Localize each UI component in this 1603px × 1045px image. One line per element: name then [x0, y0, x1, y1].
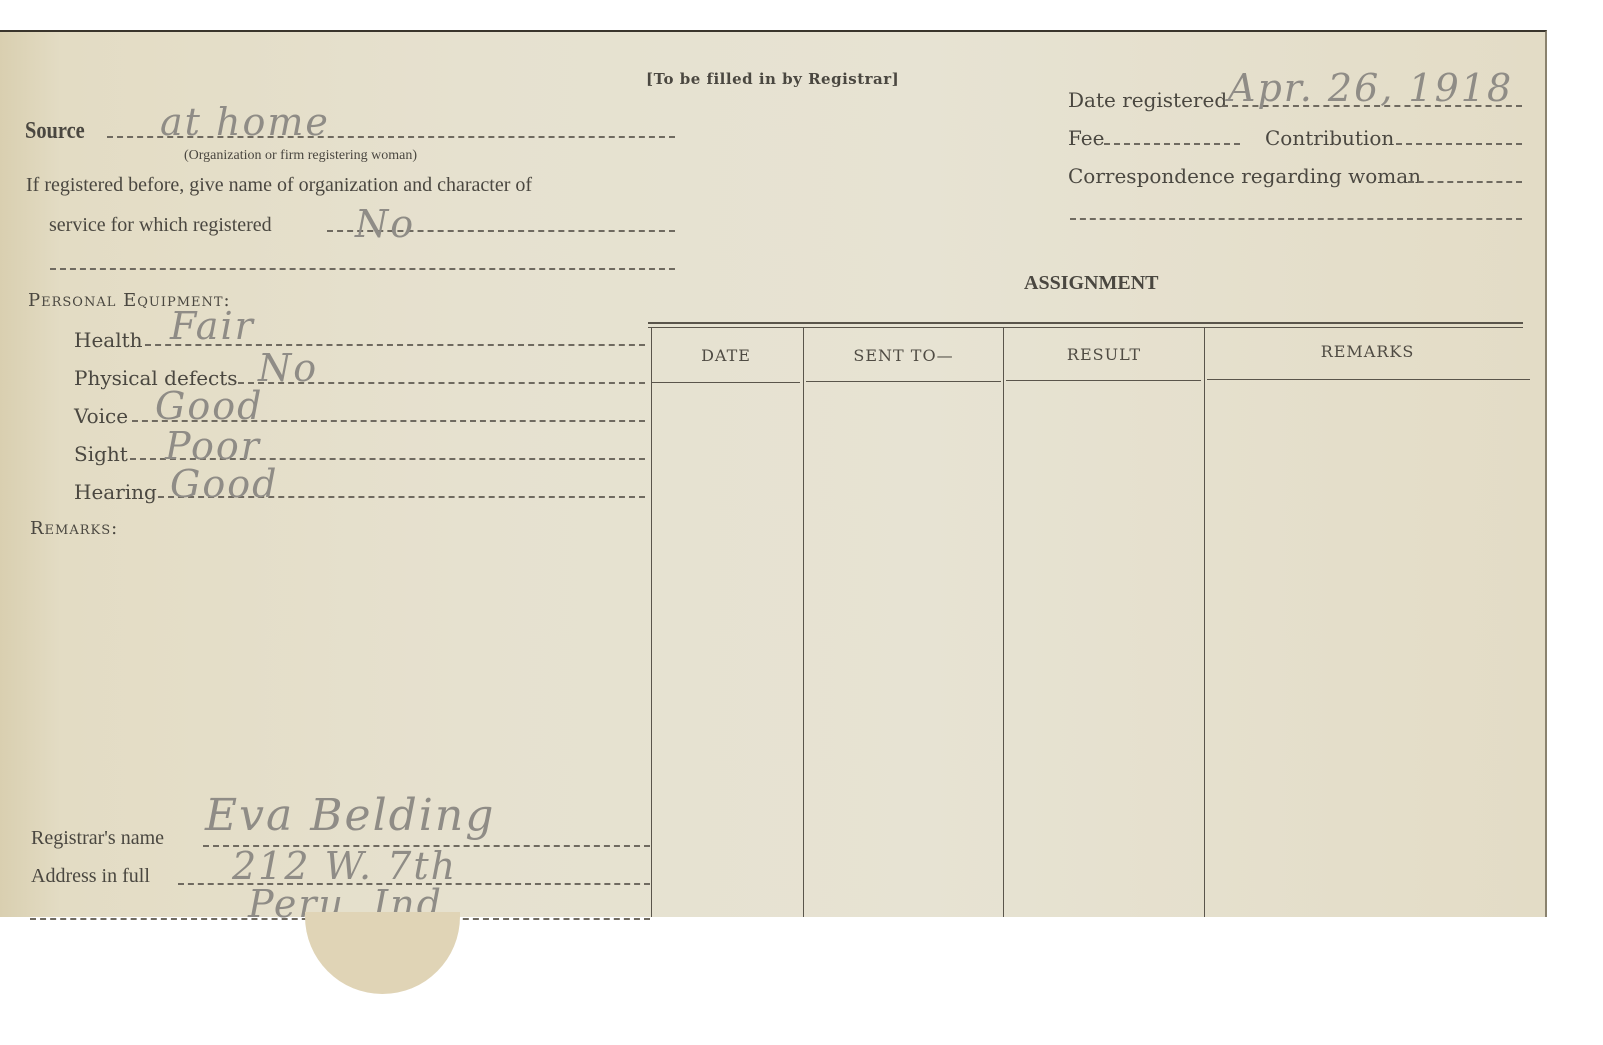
date-registered-label: Date registered	[1068, 88, 1227, 112]
correspondence-line	[1408, 181, 1522, 183]
table-header-rule	[1207, 379, 1530, 380]
table-col-divider	[651, 328, 652, 917]
column-header-result: RESULT	[1004, 345, 1204, 364]
table-col-divider	[1003, 328, 1004, 917]
source-label: Source	[25, 118, 85, 145]
date-registered-value[interactable]: Apr. 26, 1918	[1228, 66, 1513, 110]
remarks-label: Remarks:	[30, 518, 118, 539]
voice-value[interactable]: Good	[155, 384, 263, 428]
service-line-2	[50, 268, 675, 270]
physical-defects-value[interactable]: No	[258, 346, 318, 390]
contribution-line	[1396, 143, 1522, 145]
column-header-sent-to: SENT TO—	[804, 346, 1003, 365]
service-value[interactable]: No	[355, 202, 415, 246]
registration-card: [To be filled in by Registrar] Source at…	[0, 30, 1547, 917]
column-header-remarks: REMARKS	[1205, 342, 1530, 361]
source-caption: (Organization or firm registering woman)	[184, 148, 417, 164]
correspondence-label: Correspondence regarding woman	[1068, 164, 1421, 188]
table-header-rule	[806, 381, 1001, 382]
source-value[interactable]: at home	[160, 100, 330, 144]
registrar-name-value[interactable]: Eva Belding	[205, 790, 495, 841]
card-index-tab	[305, 912, 460, 994]
fee-line	[1104, 143, 1240, 145]
hearing-value[interactable]: Good	[170, 462, 278, 506]
assignment-top-rule-2	[648, 327, 1523, 328]
table-header-rule	[652, 382, 800, 383]
health-value[interactable]: Fair	[170, 304, 255, 348]
column-header-date: DATE	[652, 346, 800, 365]
assignment-top-rule	[648, 322, 1523, 324]
health-label: Health	[74, 328, 143, 352]
address-label: Address in full	[31, 865, 150, 888]
table-col-divider	[803, 328, 804, 917]
fee-label: Fee	[1068, 126, 1104, 150]
table-header-rule	[1006, 380, 1201, 381]
header-note: [To be filled in by Registrar]	[646, 70, 899, 88]
hearing-label: Hearing	[74, 480, 157, 504]
registered-before-label: If registered before, give name of organ…	[26, 174, 532, 197]
sight-label: Sight	[74, 442, 128, 466]
registrar-name-label: Registrar's name	[31, 827, 164, 850]
voice-label: Voice	[74, 404, 128, 428]
service-label: service for which registered	[49, 214, 272, 237]
table-col-divider	[1204, 328, 1205, 917]
correspondence-line-2	[1070, 218, 1522, 220]
assignment-title: ASSIGNMENT	[1024, 272, 1158, 295]
contribution-label: Contribution	[1265, 126, 1394, 150]
